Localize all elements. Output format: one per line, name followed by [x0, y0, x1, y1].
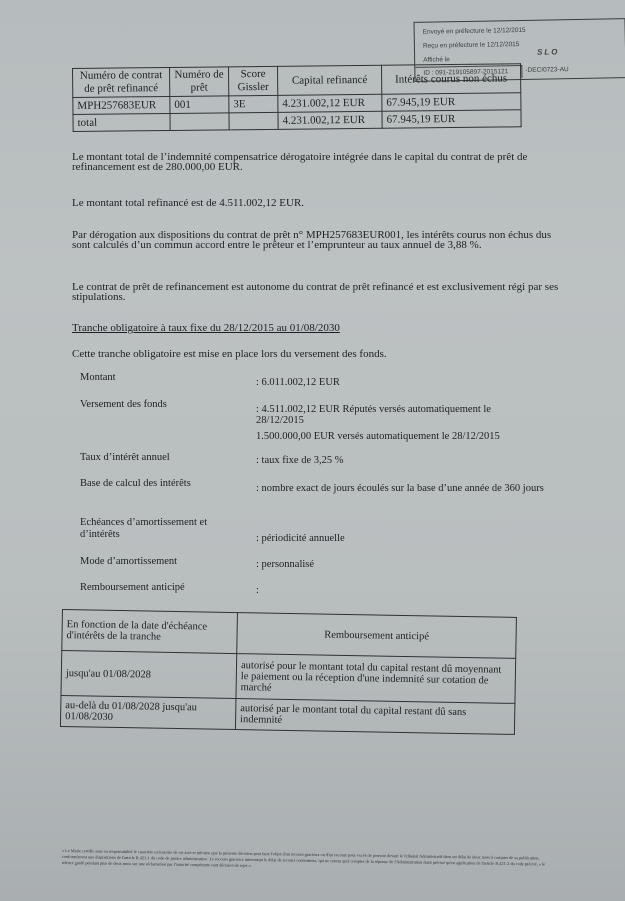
col-header-interest: Intérêts courus non échus: [381, 64, 520, 94]
field-label-schedule: Echéances d’amortissement et d’intérêts: [80, 517, 220, 541]
field-value-interest-rate: : taux fixe de 3,25 %: [256, 455, 566, 466]
field-label-interest-basis: Base de calcul des intérêts: [80, 478, 191, 490]
cell: au-delà du 01/08/2028 jusqu'au 01/08/203…: [60, 695, 236, 729]
cell: 4.231.002,12 EUR: [278, 111, 382, 129]
cell: [229, 112, 278, 130]
total-refinanced-paragraph: Le montant total refinancé est de 4.511.…: [72, 198, 572, 208]
field-value-interest-basis: : nombre exact de jours écoulés sur la b…: [256, 483, 556, 494]
cell: autorisé par le montant total du capital…: [235, 699, 514, 735]
table-row-total: total 4.231.002,12 EUR 67.945,19 EUR: [73, 110, 521, 132]
cell: MPH257683EUR: [73, 96, 170, 114]
cell: 67.945,19 EUR: [382, 93, 521, 111]
stamp-sent-date: Envoyé en préfecture le 12/12/2015: [423, 27, 526, 36]
tranche-intro: Cette tranche obligatoire est mise en pl…: [72, 349, 572, 359]
stamp-received-date: Reçu en préfecture le 12/12/2015: [423, 41, 520, 50]
stamp-logo: SLO: [537, 47, 560, 56]
cell: total: [73, 113, 170, 131]
refinanced-loan-table: Numéro de contrat de prêt refinancé Numé…: [72, 63, 522, 132]
col-header-capital: Capital refinancé: [277, 65, 381, 95]
autonomy-paragraph: Le contrat de prêt de refinancement est …: [72, 282, 572, 302]
cell: 001: [170, 96, 229, 114]
table-row: au-delà du 01/08/2028 jusqu'au 01/08/203…: [60, 695, 514, 734]
table-row: jusqu'au 01/08/2028 autorisé pour le mon…: [61, 651, 516, 704]
field-label-early-repayment: Remboursement anticipé: [80, 582, 185, 594]
field-label-amortization: Mode d’amortissement: [80, 556, 177, 568]
col-header-contract: Numéro de contrat de prêt refinancé: [73, 67, 170, 97]
cell: 4.231.002,12 EUR: [278, 94, 382, 112]
stamp-id-suffix: -DECI0723-AU: [525, 66, 568, 74]
early-repayment-table: En fonction de la date d'échéance d'inté…: [60, 609, 517, 735]
table-header-row: Numéro de contrat de prêt refinancé Numé…: [73, 64, 521, 98]
field-label-disbursement: Versement des fonds: [80, 399, 167, 411]
stamp-posted: Affiché le: [423, 56, 450, 63]
field-value-disbursement-2: 1.500.000,00 EUR versés automatiquement …: [256, 431, 566, 442]
field-value-amount: : 6.011.002,12 EUR: [256, 377, 566, 388]
field-value-early-repayment: :: [256, 585, 566, 596]
field-label-interest-rate: Taux d’intérêt annuel: [80, 452, 170, 464]
cell: 67.945,19 EUR: [382, 110, 521, 128]
col-header-gissler: Score Gissler: [228, 66, 277, 96]
field-value-disbursement: : 4.511.002,12 EUR Réputés versés automa…: [256, 404, 536, 426]
derogation-paragraph: Par dérogation aux dispositions du contr…: [72, 230, 572, 250]
cell: autorisé pour le montant total du capita…: [236, 654, 516, 704]
indemnity-paragraph: Le montant total de l’indemnité compensa…: [72, 152, 572, 172]
col-header-loan-number: Numéro de prêt: [169, 67, 228, 97]
tranche-title: Tranche obligatoire à taux fixe du 28/12…: [72, 323, 340, 333]
cell: jusqu'au 01/08/2028: [61, 651, 237, 699]
legal-notice-footer: « Le Maire certifie sous sa responsabili…: [62, 848, 552, 874]
cell: 3E: [229, 95, 278, 113]
cell: [170, 113, 229, 131]
field-value-schedule: : périodicité annuelle: [256, 533, 566, 544]
col-header-repayment: Remboursement anticipé: [237, 613, 517, 659]
field-label-amount: Montant: [80, 372, 116, 384]
field-value-amortization: : personnalisé: [256, 559, 566, 570]
col-header-date: En fonction de la date d'échéance d'inté…: [62, 610, 238, 654]
